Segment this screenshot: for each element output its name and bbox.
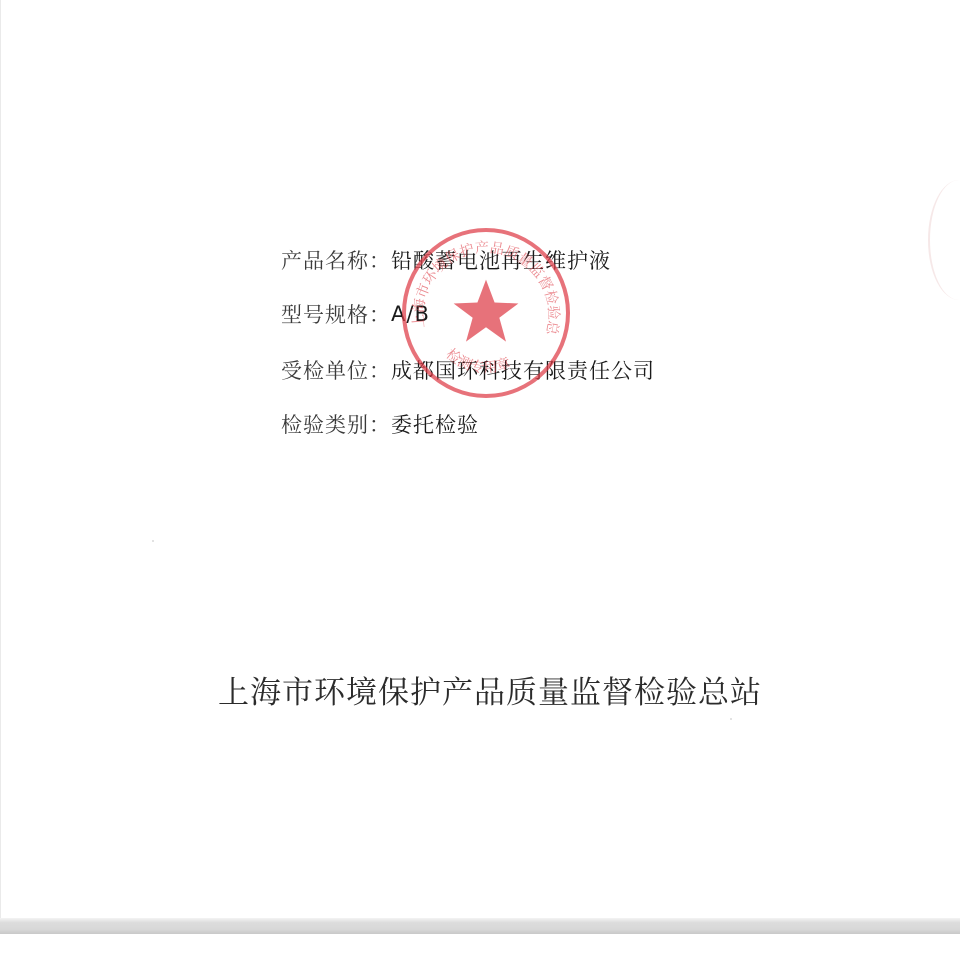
field-inspected-unit: 受检单位： 成都国环科技有限责任公司	[281, 355, 655, 385]
field-label: 产品名称：	[281, 245, 391, 275]
document-page: 产品名称： 铅酸蓄电池再生维护液 型号规格： A/B 受检单位： 成都国环科技有…	[0, 0, 960, 918]
field-value: A/B	[391, 302, 430, 326]
field-label: 型号规格：	[281, 299, 391, 329]
page-edge	[0, 0, 1, 918]
issuing-organization: 上海市环境保护产品质量监督检验总站	[0, 667, 960, 712]
field-label: 受检单位：	[281, 355, 391, 385]
field-value: 成都国环科技有限责任公司	[391, 355, 655, 385]
field-label: 检验类别：	[281, 409, 391, 439]
field-value: 铅酸蓄电池再生维护液	[391, 245, 611, 275]
field-value: 委托检验	[391, 409, 479, 439]
field-model-spec: 型号规格： A/B	[281, 299, 430, 329]
page-separator	[0, 918, 960, 934]
field-product-name: 产品名称： 铅酸蓄电池再生维护液	[281, 245, 611, 275]
next-page-top	[0, 934, 960, 960]
partial-seal-edge	[928, 180, 960, 300]
field-inspection-type: 检验类别： 委托检验	[281, 409, 479, 439]
scan-speck	[152, 540, 154, 542]
scan-speck	[730, 718, 732, 720]
